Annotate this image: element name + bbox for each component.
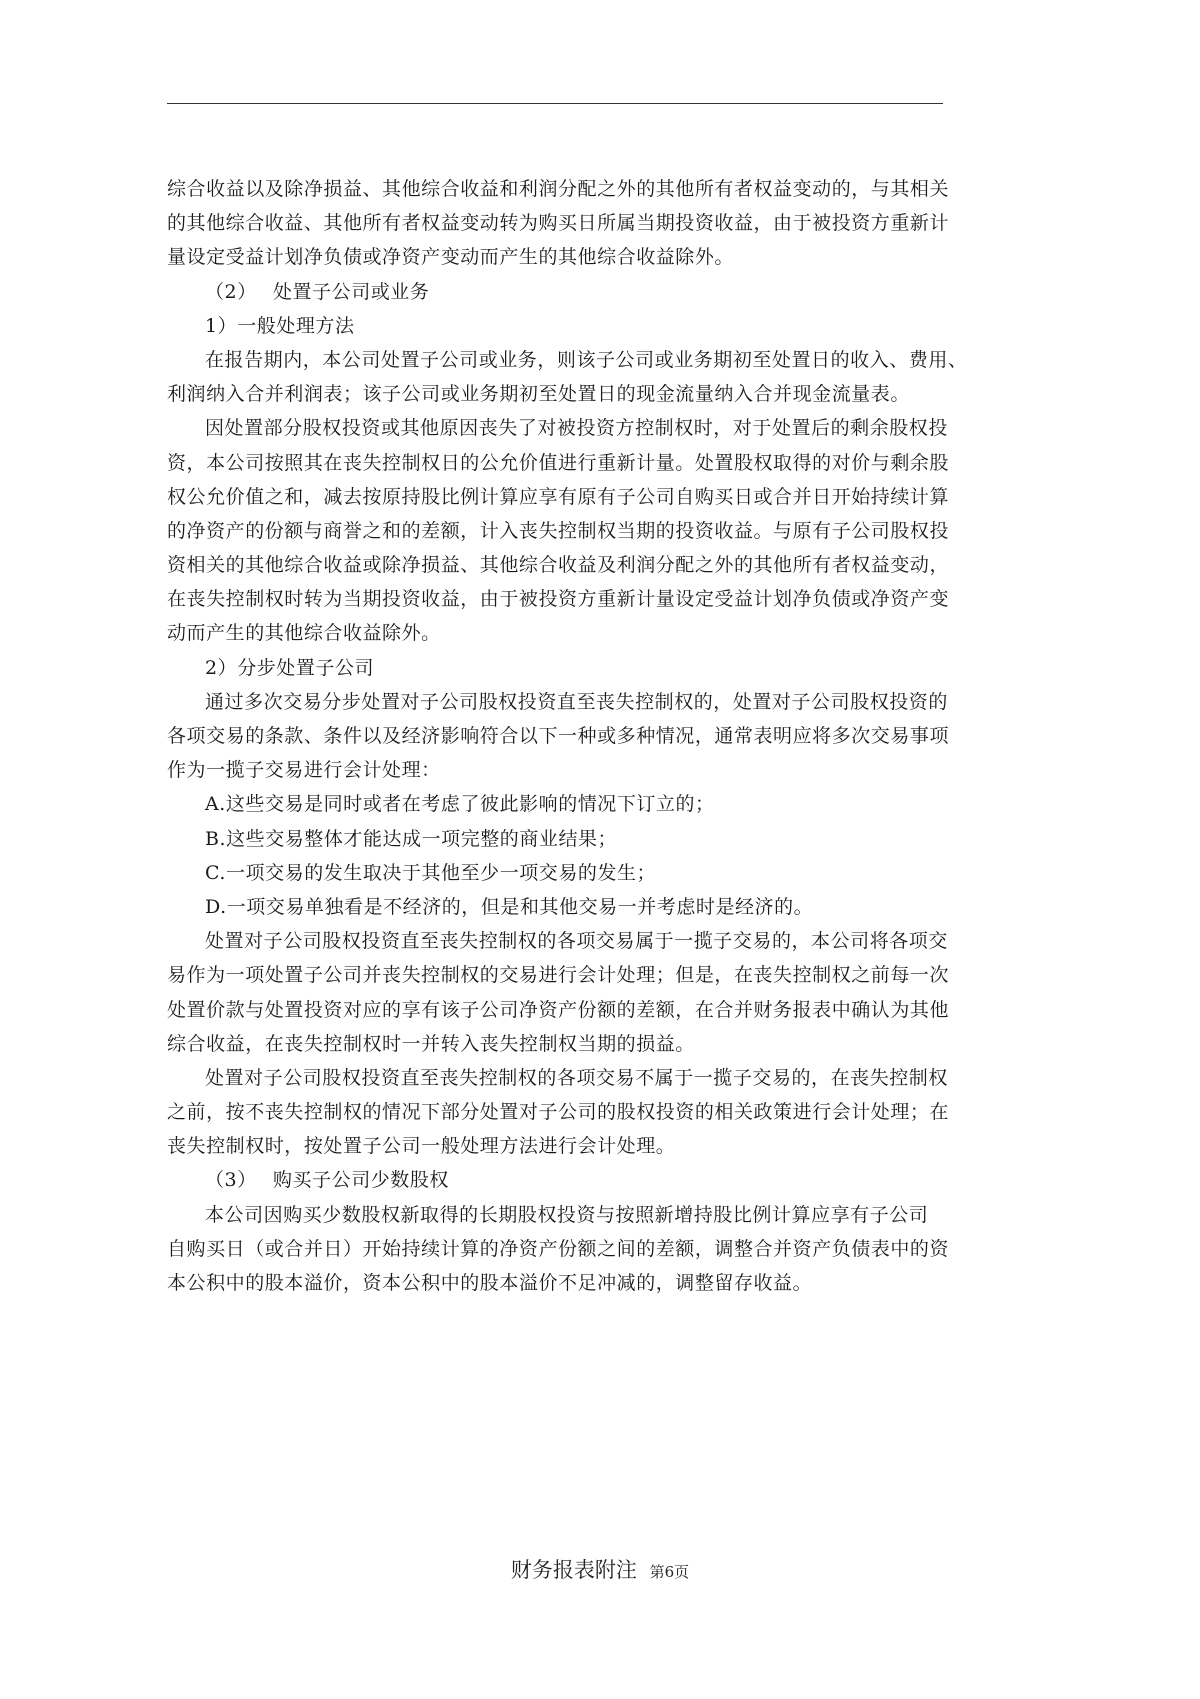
section-number: （3） <box>205 1163 273 1197</box>
text-line: 处置价款与处置投资对应的享有该子公司净资产份额的差额，在合并财务报表中确认为其他 <box>167 993 943 1027</box>
text-line: 各项交易的条款、条件以及经济影响符合以下一种或多种情况，通常表明应将多次交易事项 <box>167 719 943 753</box>
line-text: 的其他综合收益、其他所有者权益变动转为购买日所属当期投资收益，由于被投资方重新计 <box>167 212 949 234</box>
text-line: 综合收益，在丧失控制权时一并转入丧失控制权当期的损益。 <box>167 1027 943 1061</box>
text-line: 之前，按不丧失控制权的情况下部分处置对子公司的股权投资的相关政策进行会计处理；在 <box>167 1095 943 1129</box>
line-text: 动而产生的其他综合收益除外。 <box>167 622 441 644</box>
document-body: 综合收益以及除净损益、其他综合收益和利润分配之外的其他所有者权益变动的，与其相关… <box>167 172 943 1300</box>
page-number: 第6页 <box>650 1563 690 1581</box>
text-line: 利润纳入合并利润表；该子公司或业务期初至处置日的现金流量纳入合并现金流量表。 <box>167 377 943 411</box>
line-text: 本公司因购买少数股权新取得的长期股权投资与按照新增持股比例计算应享有子公司 <box>205 1204 928 1226</box>
section-heading: （2）处置子公司或业务 <box>167 275 943 309</box>
text-line: 1）一般处理方法 <box>167 309 943 343</box>
line-text: 的净资产的份额与商誉之和的差额，计入丧失控制权当期的投资收益。与原有子公司股权投 <box>167 520 949 542</box>
line-text: B.这些交易整体才能达成一项完整的商业结果； <box>205 828 617 850</box>
line-text: 资，本公司按照其在丧失控制权日的公允价值进行重新计量。处置股权取得的对价与剩余股 <box>167 452 949 474</box>
line-text: 因处置部分股权投资或其他原因丧失了对被投资方控制权时，对于处置后的剩余股权投 <box>205 417 948 439</box>
line-text: 在丧失控制权时转为当期投资收益，由于被投资方重新计量设定受益计划净负债或净资产变 <box>167 588 949 610</box>
line-text: 易作为一项处置子公司并丧失控制权的交易进行会计处理；但是，在丧失控制权之前每一次 <box>167 964 949 986</box>
text-line: 量设定受益计划净负债或净资产变动而产生的其他综合收益除外。 <box>167 240 943 274</box>
text-line: 资相关的其他综合收益或除净损益、其他综合收益及利润分配之外的其他所有者权益变动， <box>167 548 943 582</box>
footer-title: 财务报表附注 <box>511 1558 637 1582</box>
text-line: 资，本公司按照其在丧失控制权日的公允价值进行重新计量。处置股权取得的对价与剩余股 <box>167 446 943 480</box>
text-line: A.这些交易是同时或者在考虑了彼此影响的情况下订立的； <box>167 787 943 821</box>
line-text: 丧失控制权时，按处置子公司一般处理方法进行会计处理。 <box>167 1135 675 1157</box>
line-text: 处置子公司或业务 <box>273 281 429 303</box>
text-line: B.这些交易整体才能达成一项完整的商业结果； <box>167 822 943 856</box>
text-line: 易作为一项处置子公司并丧失控制权的交易进行会计处理；但是，在丧失控制权之前每一次 <box>167 958 943 992</box>
line-text: 购买子公司少数股权 <box>273 1169 449 1191</box>
line-text: 处置对子公司股权投资直至丧失控制权的各项交易不属于一揽子交易的，在丧失控制权 <box>205 1067 948 1089</box>
section-heading: （3）购买子公司少数股权 <box>167 1163 943 1197</box>
text-line: 的净资产的份额与商誉之和的差额，计入丧失控制权当期的投资收益。与原有子公司股权投 <box>167 514 943 548</box>
line-text: 量设定受益计划净负债或净资产变动而产生的其他综合收益除外。 <box>167 246 734 268</box>
line-text: 在报告期内，本公司处置子公司或业务，则该子公司或业务期初至处置日的收入、费用、 <box>205 349 967 371</box>
line-text: 1）一般处理方法 <box>205 315 355 337</box>
text-line: 综合收益以及除净损益、其他综合收益和利润分配之外的其他所有者权益变动的，与其相关 <box>167 172 943 206</box>
text-line: 在报告期内，本公司处置子公司或业务，则该子公司或业务期初至处置日的收入、费用、 <box>167 343 943 377</box>
page-footer: 财务报表附注 第6页 <box>0 1554 1200 1584</box>
text-line: 作为一揽子交易进行会计处理： <box>167 753 943 787</box>
text-line: 处置对子公司股权投资直至丧失控制权的各项交易不属于一揽子交易的，在丧失控制权 <box>167 1061 943 1095</box>
line-text: 作为一揽子交易进行会计处理： <box>167 759 441 781</box>
text-line: D.一项交易单独看是不经济的，但是和其他交易一并考虑时是经济的。 <box>167 890 943 924</box>
text-line: 自购买日（或合并日）开始持续计算的净资产份额之间的差额，调整合并资产负债表中的资 <box>167 1232 943 1266</box>
text-line: 丧失控制权时，按处置子公司一般处理方法进行会计处理。 <box>167 1129 943 1163</box>
line-text: A.这些交易是同时或者在考虑了彼此影响的情况下订立的； <box>205 793 715 815</box>
text-line: 处置对子公司股权投资直至丧失控制权的各项交易属于一揽子交易的，本公司将各项交 <box>167 924 943 958</box>
text-line: 权公允价值之和，减去按原持股比例计算应享有原有子公司自购买日或合并日开始持续计算 <box>167 480 943 514</box>
header-rule <box>167 103 943 104</box>
line-text: 自购买日（或合并日）开始持续计算的净资产份额之间的差额，调整合并资产负债表中的资 <box>167 1238 949 1260</box>
line-text: D.一项交易单独看是不经济的，但是和其他交易一并考虑时是经济的。 <box>205 896 813 918</box>
line-text: 利润纳入合并利润表；该子公司或业务期初至处置日的现金流量纳入合并现金流量表。 <box>167 383 910 405</box>
text-line: 本公积中的股本溢价，资本公积中的股本溢价不足冲减的，调整留存收益。 <box>167 1266 943 1300</box>
text-line: C.一项交易的发生取决于其他至少一项交易的发生； <box>167 856 943 890</box>
line-text: 本公积中的股本溢价，资本公积中的股本溢价不足冲减的，调整留存收益。 <box>167 1272 812 1294</box>
line-text: 资相关的其他综合收益或除净损益、其他综合收益及利润分配之外的其他所有者权益变动， <box>167 554 949 576</box>
line-text: 综合收益，在丧失控制权时一并转入丧失控制权当期的损益。 <box>167 1033 695 1055</box>
text-line: 动而产生的其他综合收益除外。 <box>167 616 943 650</box>
line-text: 处置价款与处置投资对应的享有该子公司净资产份额的差额，在合并财务报表中确认为其他 <box>167 999 949 1021</box>
text-line: 本公司因购买少数股权新取得的长期股权投资与按照新增持股比例计算应享有子公司 <box>167 1198 943 1232</box>
text-line: 的其他综合收益、其他所有者权益变动转为购买日所属当期投资收益，由于被投资方重新计 <box>167 206 943 240</box>
line-text: 之前，按不丧失控制权的情况下部分处置对子公司的股权投资的相关政策进行会计处理；在 <box>167 1101 949 1123</box>
text-line: 因处置部分股权投资或其他原因丧失了对被投资方控制权时，对于处置后的剩余股权投 <box>167 411 943 445</box>
section-number: （2） <box>205 275 273 309</box>
line-text: 各项交易的条款、条件以及经济影响符合以下一种或多种情况，通常表明应将多次交易事项 <box>167 725 949 747</box>
line-text: 权公允价值之和，减去按原持股比例计算应享有原有子公司自购买日或合并日开始持续计算 <box>167 486 949 508</box>
line-text: C.一项交易的发生取决于其他至少一项交易的发生； <box>205 862 656 884</box>
line-text: 综合收益以及除净损益、其他综合收益和利润分配之外的其他所有者权益变动的，与其相关 <box>167 178 949 200</box>
line-text: 处置对子公司股权投资直至丧失控制权的各项交易属于一揽子交易的，本公司将各项交 <box>205 930 948 952</box>
text-line: 通过多次交易分步处置对子公司股权投资直至丧失控制权的，处置对子公司股权投资的 <box>167 685 943 719</box>
line-text: 通过多次交易分步处置对子公司股权投资直至丧失控制权的，处置对子公司股权投资的 <box>205 691 948 713</box>
text-line: 2）分步处置子公司 <box>167 651 943 685</box>
text-line: 在丧失控制权时转为当期投资收益，由于被投资方重新计量设定受益计划净负债或净资产变 <box>167 582 943 616</box>
line-text: 2）分步处置子公司 <box>205 657 374 679</box>
